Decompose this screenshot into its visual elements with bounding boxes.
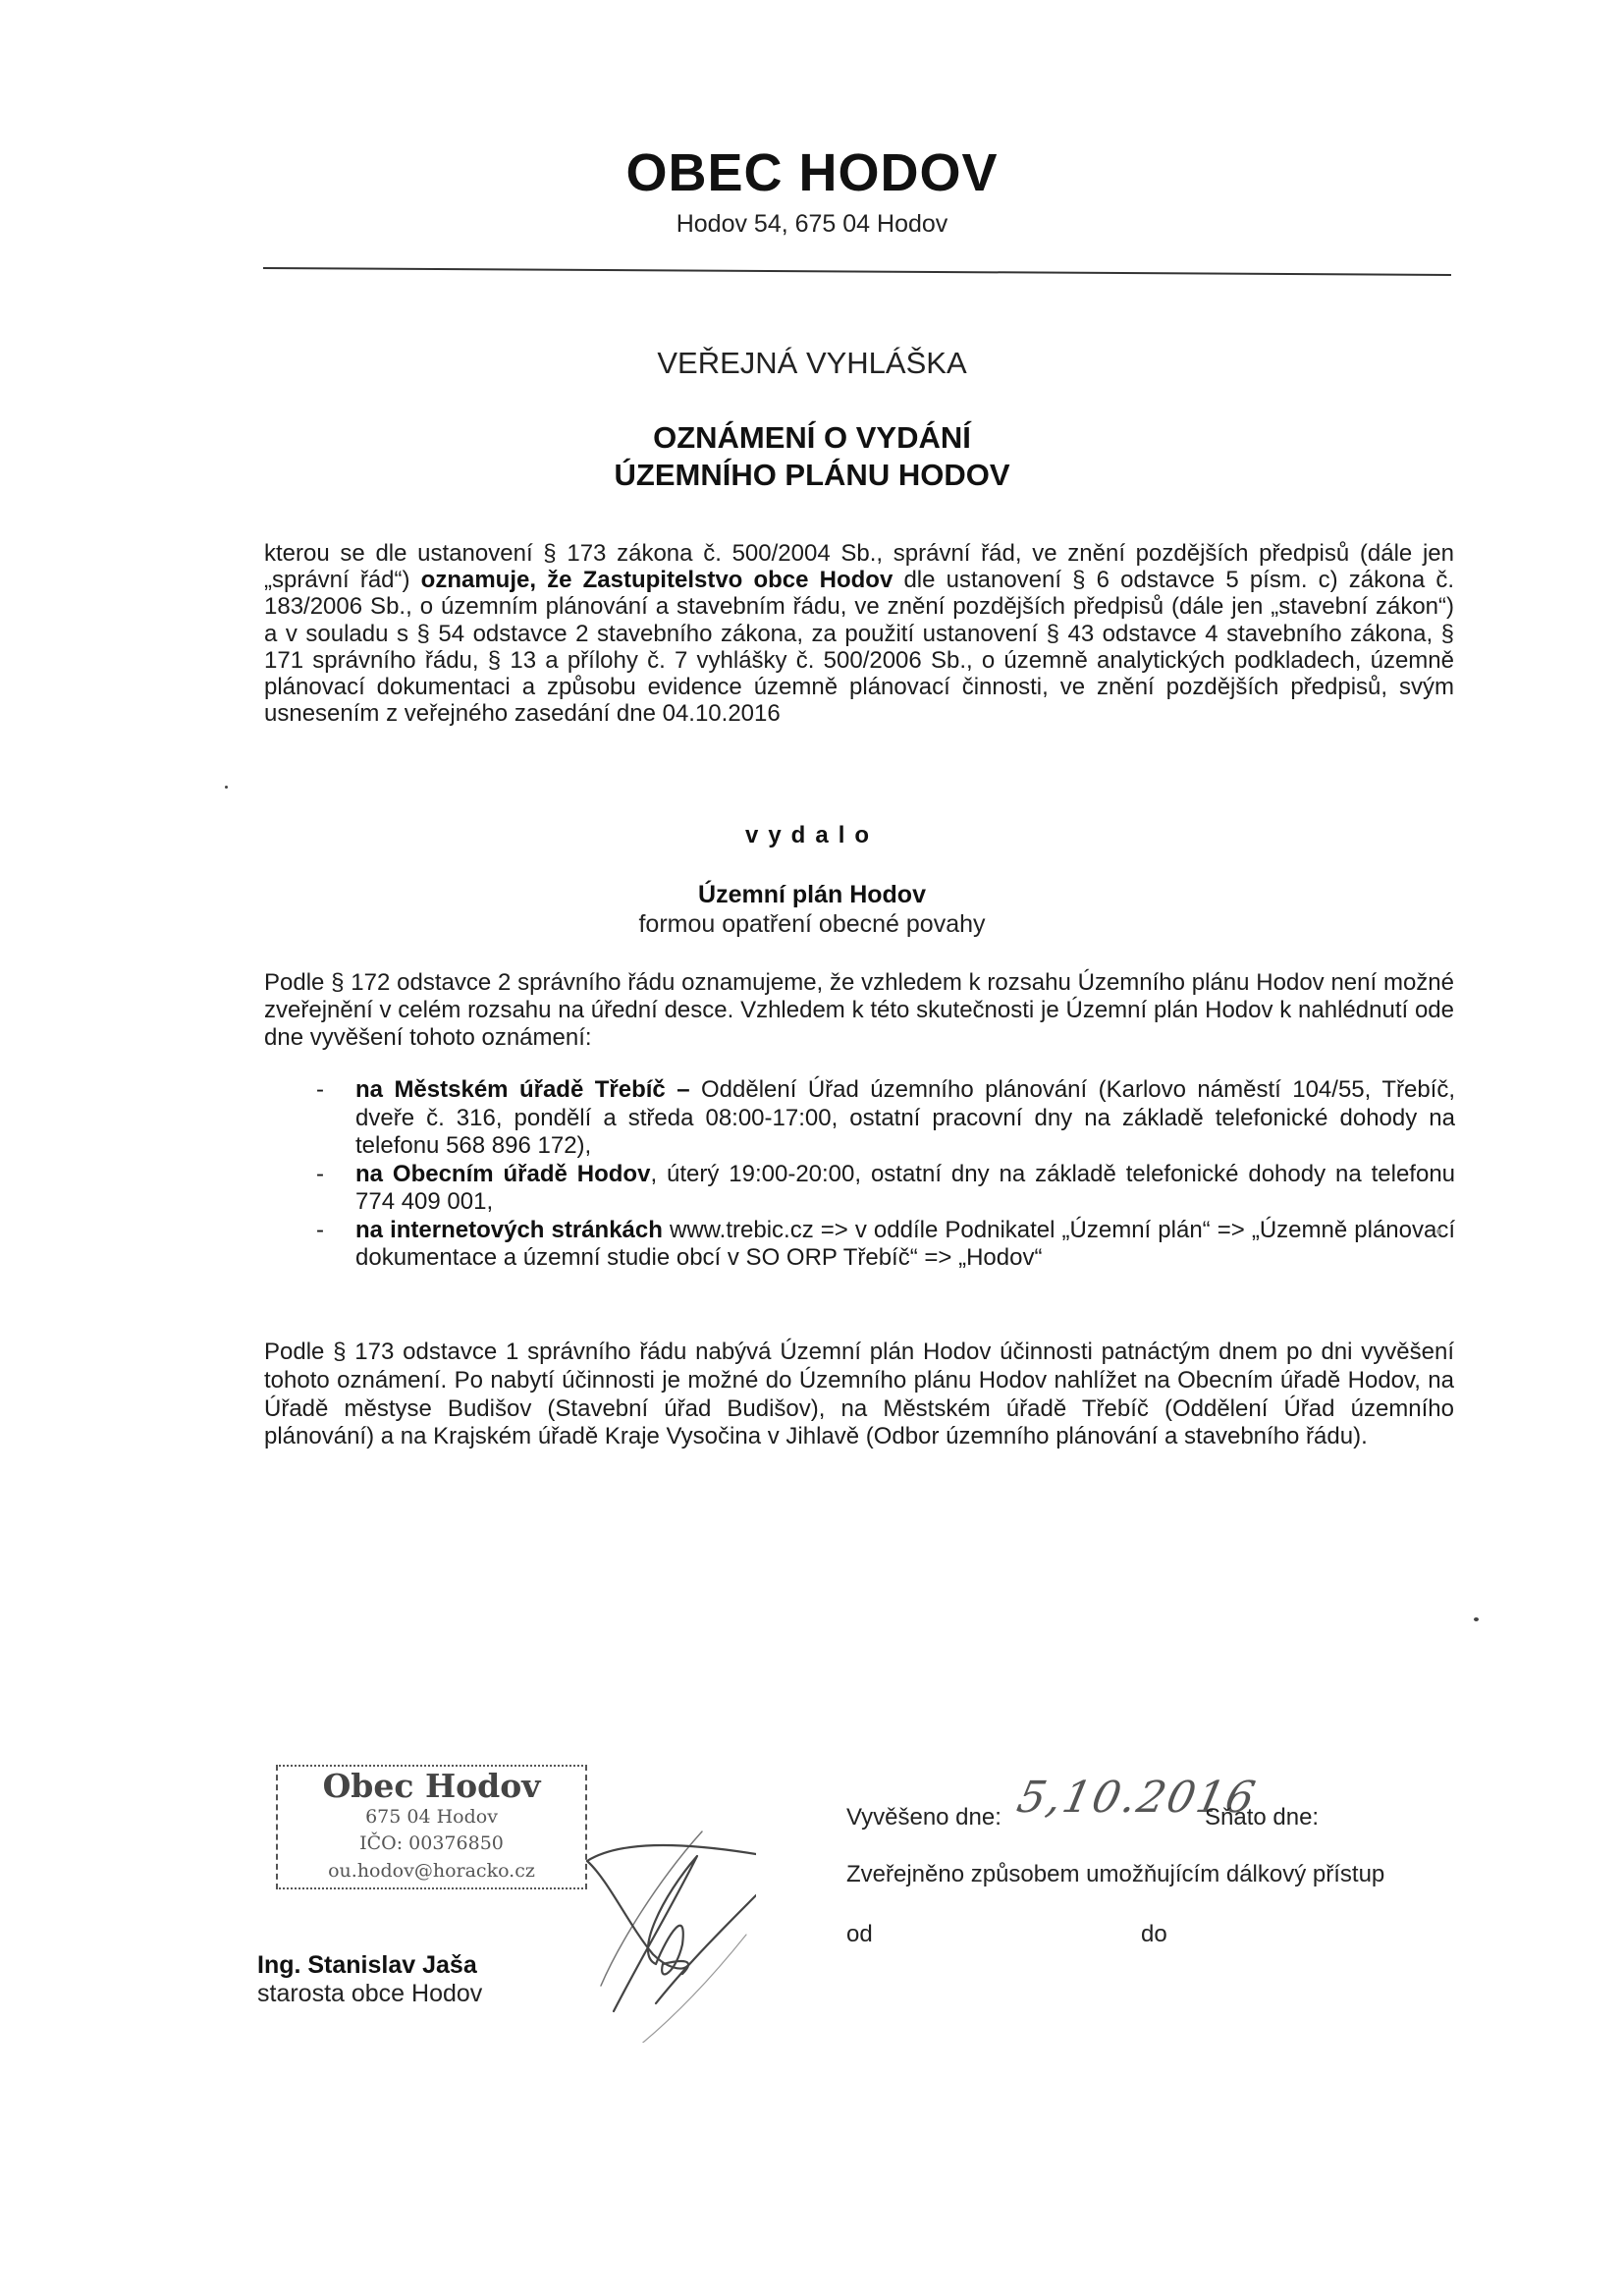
notice-title-line2: ÚZEMNÍHO PLÁNU HODOV: [0, 457, 1624, 494]
scan-speck: [1474, 1617, 1479, 1621]
intro-paragraph: kterou se dle ustanovení § 173 zákona č.…: [264, 540, 1454, 727]
signer-role: starosta obce Hodov: [257, 1980, 482, 2008]
location-bold: na Obecním úřadě Hodov: [355, 1161, 650, 1187]
signer-name: Ing. Stanislav Jaša: [257, 1951, 477, 1980]
municipality-title: OBEC HODOV: [0, 142, 1624, 203]
plan-name: Územní plán Hodov: [0, 881, 1624, 909]
header-divider: [263, 267, 1451, 276]
location-item: -na Obecním úřadě Hodov, úterý 19:00-20:…: [316, 1161, 1455, 1217]
list-dash: -: [316, 1217, 324, 1245]
scan-speck: [1436, 1229, 1441, 1234]
location-item: -na Městském úřadě Třebíč – Oddělení Úřa…: [316, 1076, 1455, 1161]
list-dash: -: [316, 1161, 324, 1189]
issued-word: vydalo: [0, 822, 1624, 849]
location-item: -na internetových stránkách www.trebic.c…: [316, 1217, 1455, 1273]
notice-title-line1: OZNÁMENÍ O VYDÁNÍ: [0, 419, 1624, 457]
list-dash: -: [316, 1076, 324, 1105]
locations-list: -na Městském úřadě Třebíč – Oddělení Úřa…: [316, 1076, 1455, 1273]
remote-from-label: od: [846, 1921, 873, 1948]
availability-paragraph: Podle § 172 odstavce 2 správního řádu oz…: [264, 969, 1454, 1052]
removed-date-label: Sňato dne:: [1205, 1804, 1319, 1831]
remote-to-label: do: [1141, 1921, 1167, 1948]
handwritten-signature-icon: [511, 1787, 756, 2043]
posted-date-label: Vyvěšeno dne:: [846, 1804, 1001, 1831]
location-bold: na internetových stránkách: [355, 1217, 663, 1243]
effectiveness-paragraph: Podle § 173 odstavce 1 správního řádu na…: [264, 1339, 1454, 1451]
notice-title: OZNÁMENÍ O VYDÁNÍ ÚZEMNÍHO PLÁNU HODOV: [0, 419, 1624, 494]
intro-bold: oznamuje, že Zastupitelstvo obce Hodov: [421, 567, 893, 593]
notice-type: VEŘEJNÁ VYHLÁŠKA: [0, 346, 1624, 381]
municipality-address: Hodov 54, 675 04 Hodov: [0, 210, 1624, 239]
remote-access-label: Zveřejněno způsobem umožňujícím dálkový …: [846, 1861, 1384, 1888]
scan-speck: [225, 786, 228, 789]
location-bold: na Městském úřadě Třebíč –: [355, 1076, 690, 1103]
plan-form: formou opatření obecné povahy: [0, 910, 1624, 939]
